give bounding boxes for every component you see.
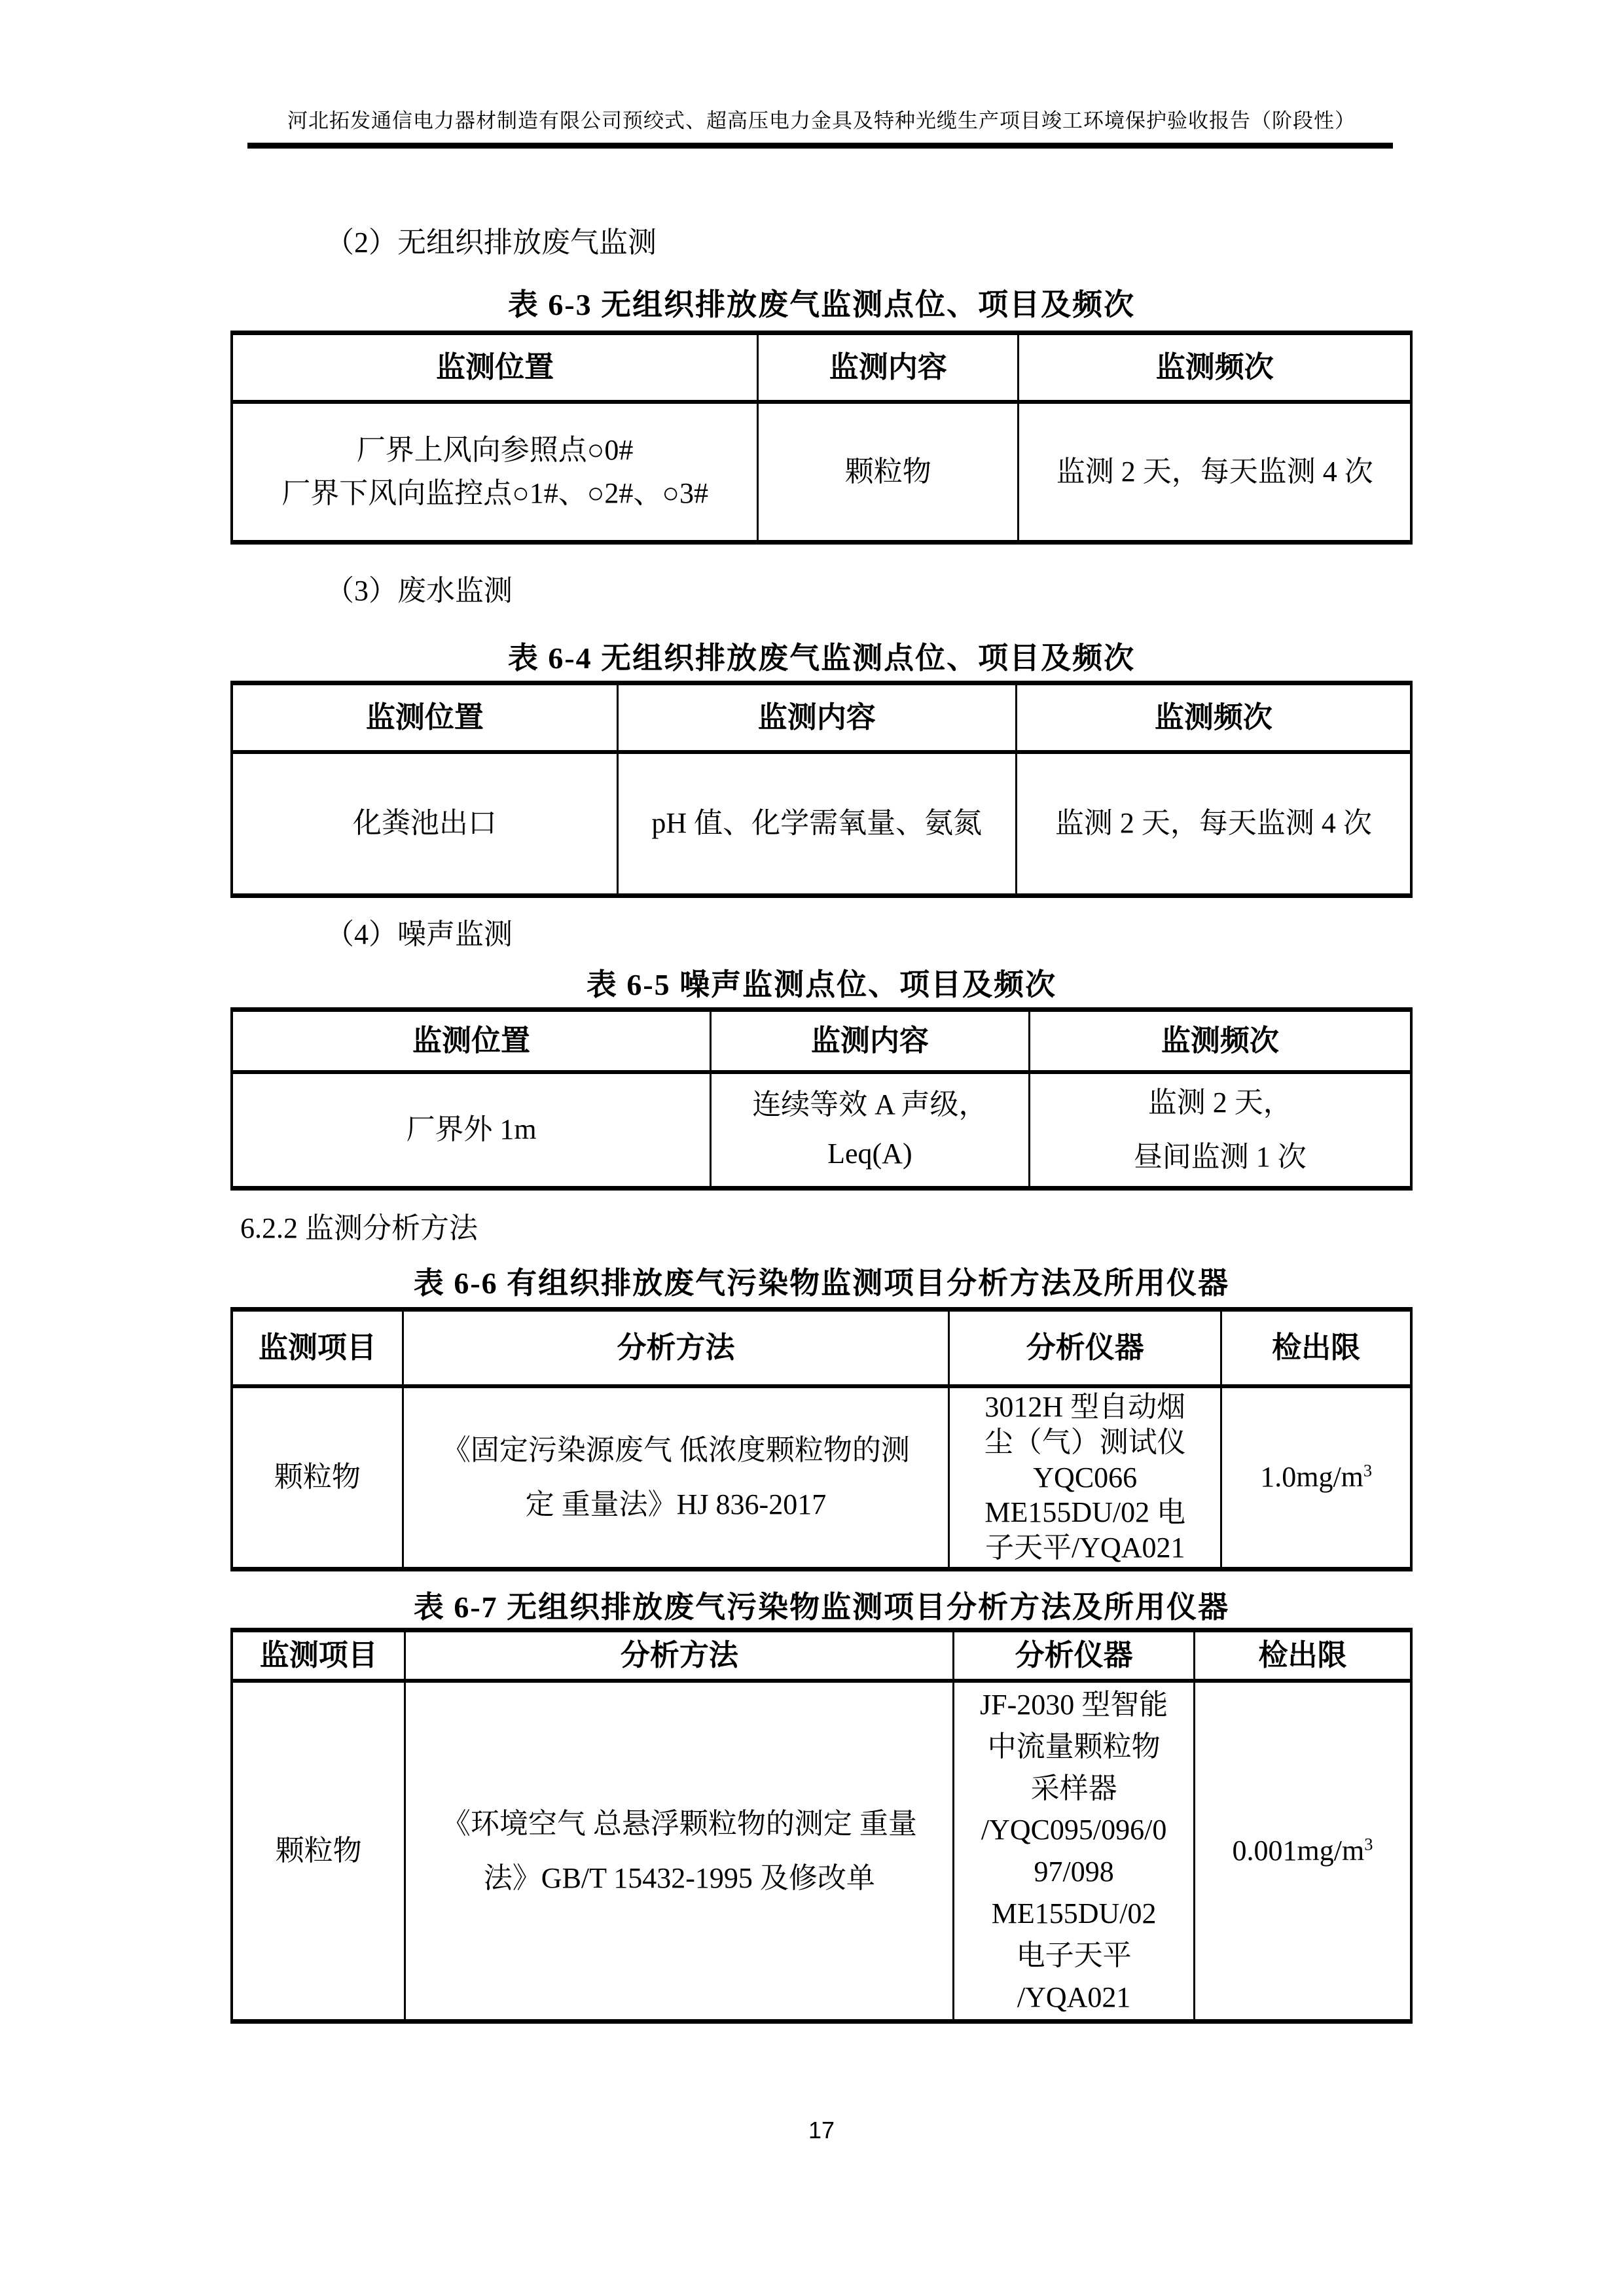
cell-monitor-item: 颗粒物 bbox=[232, 1681, 405, 2022]
cell-analysis-instrument: 3012H 型自动烟 尘（气）测试仪 YQC066 ME155DU/02 电 子… bbox=[949, 1386, 1221, 1569]
cell-monitor-item: 颗粒物 bbox=[232, 1386, 403, 1569]
section-heading-wastewater: （3）废水监测 bbox=[230, 574, 1413, 607]
col-header-instrument: 分析仪器 bbox=[954, 1630, 1195, 1681]
col-header-position: 监测位置 bbox=[232, 333, 758, 402]
table-row: 颗粒物 《固定污染源废气 低浓度颗粒物的测 定 重量法》HJ 836-2017 … bbox=[232, 1386, 1411, 1569]
table-6-6-header-row: 监测项目 分析方法 分析仪器 检出限 bbox=[232, 1309, 1411, 1386]
cell-monitor-content: 颗粒物 bbox=[758, 402, 1019, 543]
header-rule bbox=[247, 143, 1393, 149]
col-header-frequency: 监测频次 bbox=[1029, 1010, 1411, 1072]
table-6-4-title: 表 6-4 无组织排放废气监测点位、项目及频次 bbox=[230, 641, 1413, 675]
table-row: 化粪池出口 pH 值、化学需氧量、氨氮 监测 2 天，每天监测 4 次 bbox=[232, 752, 1411, 896]
cell-monitor-content: 连续等效 A 声级， Leq(A) bbox=[711, 1072, 1030, 1189]
table-row: 颗粒物 《环境空气 总悬浮颗粒物的测定 重量 法》GB/T 15432-1995… bbox=[232, 1681, 1411, 2022]
section-heading-noise: （4）噪声监测 bbox=[230, 918, 1413, 951]
cell-analysis-method: 《固定污染源废气 低浓度颗粒物的测 定 重量法》HJ 836-2017 bbox=[403, 1386, 948, 1569]
table-6-7-title: 表 6-7 无组织排放废气污染物监测项目分析方法及所用仪器 bbox=[230, 1590, 1413, 1624]
cell-monitor-position: 化粪池出口 bbox=[232, 752, 617, 896]
table-6-3: 监测位置 监测内容 监测频次 厂界上风向参照点○0# 厂界下风向监控点○1#、○… bbox=[230, 331, 1413, 545]
col-header-content: 监测内容 bbox=[711, 1010, 1030, 1072]
table-6-4-header-row: 监测位置 监测内容 监测频次 bbox=[232, 683, 1411, 752]
table-6-5-title: 表 6-5 噪声监测点位、项目及频次 bbox=[230, 968, 1413, 1002]
page-number: 17 bbox=[230, 2117, 1413, 2144]
cell-monitor-position: 厂界外 1m bbox=[232, 1072, 711, 1189]
page-content: 河北拓发通信电力器材制造有限公司预绞式、超高压电力金具及特种光缆生产项目竣工环境… bbox=[230, 0, 1413, 2144]
cell-monitor-content: pH 值、化学需氧量、氨氮 bbox=[617, 752, 1016, 896]
col-header-frequency: 监测频次 bbox=[1016, 683, 1411, 752]
running-header: 河北拓发通信电力器材制造有限公司预绞式、超高压电力金具及特种光缆生产项目竣工环境… bbox=[230, 108, 1413, 134]
cell-monitor-position: 厂界上风向参照点○0# 厂界下风向监控点○1#、○2#、○3# bbox=[232, 402, 758, 543]
col-header-content: 监测内容 bbox=[758, 333, 1019, 402]
col-header-item: 监测项目 bbox=[232, 1630, 405, 1681]
section-heading-unorganized-gas: （2）无组织排放废气监测 bbox=[230, 226, 1413, 259]
col-header-position: 监测位置 bbox=[232, 683, 617, 752]
table-6-7: 监测项目 分析方法 分析仪器 检出限 颗粒物 《环境空气 总悬浮颗粒物的测定 重… bbox=[230, 1628, 1413, 2024]
col-header-detection-limit: 检出限 bbox=[1194, 1630, 1411, 1681]
col-header-method: 分析方法 bbox=[405, 1630, 954, 1681]
table-6-5: 监测位置 监测内容 监测频次 厂界外 1m 连续等效 A 声级， Leq(A) … bbox=[230, 1007, 1413, 1191]
detection-limit-exponent: 3 bbox=[1363, 1461, 1372, 1480]
table-6-6: 监测项目 分析方法 分析仪器 检出限 颗粒物 《固定污染源废气 低浓度颗粒物的测… bbox=[230, 1307, 1413, 1571]
table-row: 厂界上风向参照点○0# 厂界下风向监控点○1#、○2#、○3# 颗粒物 监测 2… bbox=[232, 402, 1411, 543]
cell-analysis-instrument: JF-2030 型智能 中流量颗粒物 采样器 /YQC095/096/0 97/… bbox=[954, 1681, 1195, 2022]
col-header-instrument: 分析仪器 bbox=[949, 1309, 1221, 1386]
cell-detection-limit: 1.0mg/m3 bbox=[1221, 1386, 1411, 1569]
col-header-item: 监测项目 bbox=[232, 1309, 403, 1386]
table-6-4: 监测位置 监测内容 监测频次 化粪池出口 pH 值、化学需氧量、氨氮 监测 2 … bbox=[230, 681, 1413, 898]
document-page: 河北拓发通信电力器材制造有限公司预绞式、超高压电力金具及特种光缆生产项目竣工环境… bbox=[0, 0, 1624, 2296]
col-header-frequency: 监测频次 bbox=[1019, 333, 1411, 402]
table-6-5-header-row: 监测位置 监测内容 监测频次 bbox=[232, 1010, 1411, 1072]
section-heading-analysis-methods: 6.2.2 监测分析方法 bbox=[230, 1211, 1413, 1245]
detection-limit-value: 1.0mg/m bbox=[1260, 1461, 1363, 1493]
cell-analysis-method: 《环境空气 总悬浮颗粒物的测定 重量 法》GB/T 15432-1995 及修改… bbox=[405, 1681, 954, 2022]
cell-detection-limit: 0.001mg/m3 bbox=[1194, 1681, 1411, 2022]
col-header-content: 监测内容 bbox=[617, 683, 1016, 752]
col-header-position: 监测位置 bbox=[232, 1010, 711, 1072]
col-header-method: 分析方法 bbox=[403, 1309, 948, 1386]
detection-limit-exponent: 3 bbox=[1364, 1835, 1373, 1854]
table-6-3-title: 表 6-3 无组织排放废气监测点位、项目及频次 bbox=[230, 288, 1413, 322]
table-6-7-header-row: 监测项目 分析方法 分析仪器 检出限 bbox=[232, 1630, 1411, 1681]
cell-monitor-frequency: 监测 2 天， 昼间监测 1 次 bbox=[1029, 1072, 1411, 1189]
detection-limit-value: 0.001mg/m bbox=[1233, 1835, 1365, 1867]
table-6-3-header-row: 监测位置 监测内容 监测频次 bbox=[232, 333, 1411, 402]
table-row: 厂界外 1m 连续等效 A 声级， Leq(A) 监测 2 天， 昼间监测 1 … bbox=[232, 1072, 1411, 1189]
table-6-6-title: 表 6-6 有组织排放废气污染物监测项目分析方法及所用仪器 bbox=[230, 1266, 1413, 1300]
cell-monitor-frequency: 监测 2 天，每天监测 4 次 bbox=[1019, 402, 1411, 543]
cell-monitor-frequency: 监测 2 天，每天监测 4 次 bbox=[1016, 752, 1411, 896]
col-header-detection-limit: 检出限 bbox=[1221, 1309, 1411, 1386]
